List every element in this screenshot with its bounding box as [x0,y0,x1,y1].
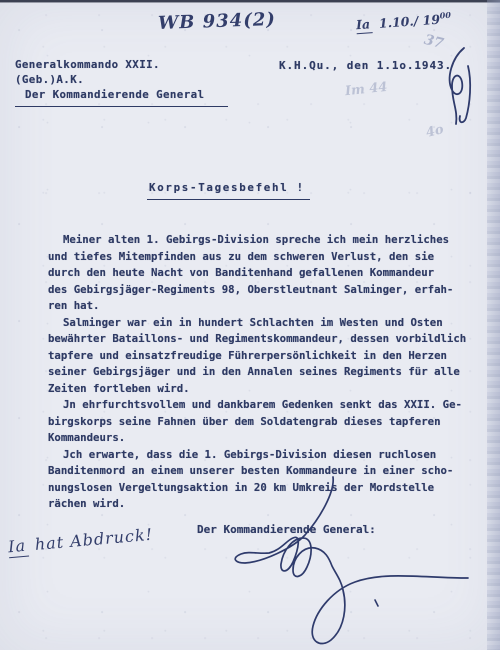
pencil-note: Im 44 [344,80,388,99]
annotation-superscript: 00 [439,10,451,21]
scanned-document-page: WB 934(2) Ia1.10./ 1900 37 Im 44 4o Gene… [0,0,500,650]
pencil-mark: 4o [424,122,445,141]
letterhead: Generalkommando XXII.(Geb.)A.K. Der Komm… [15,57,228,107]
letterhead-line1: Generalkommando XXII.(Geb.)A.K. [15,57,228,87]
document-title: Korps-Tagesbefehl ! [147,181,310,200]
adjutant-note: Iahat Abdruck! [7,525,154,559]
scan-edge-right [487,0,500,650]
adjutant-office-code: Ia [7,536,29,559]
ink-annotation: Ia1.10./ 1900 [355,10,451,35]
office-code: Ia [356,16,373,34]
dateline: K.H.Qu., den 1.1o.1943. [279,59,452,72]
annotation-datetime: 1.10./ 19 [378,12,440,31]
body-paragraph: Meiner alten 1. Gebirgs-Division spreche… [48,232,480,315]
scan-edge-top [0,0,500,4]
body-paragraph: Jn ehrfurchtsvollem und dankbarem Gedenk… [48,397,480,447]
registry-number: WB 934(2) [158,9,276,34]
commanding-general-signature [225,470,475,648]
adjutant-note-text: hat Abdruck! [34,525,154,554]
body-paragraph: Salminger war ein in hundert Schlachten … [48,315,480,398]
letterhead-line2: Der Kommandierende General [15,87,228,102]
officer-paraph-icon [440,44,482,128]
